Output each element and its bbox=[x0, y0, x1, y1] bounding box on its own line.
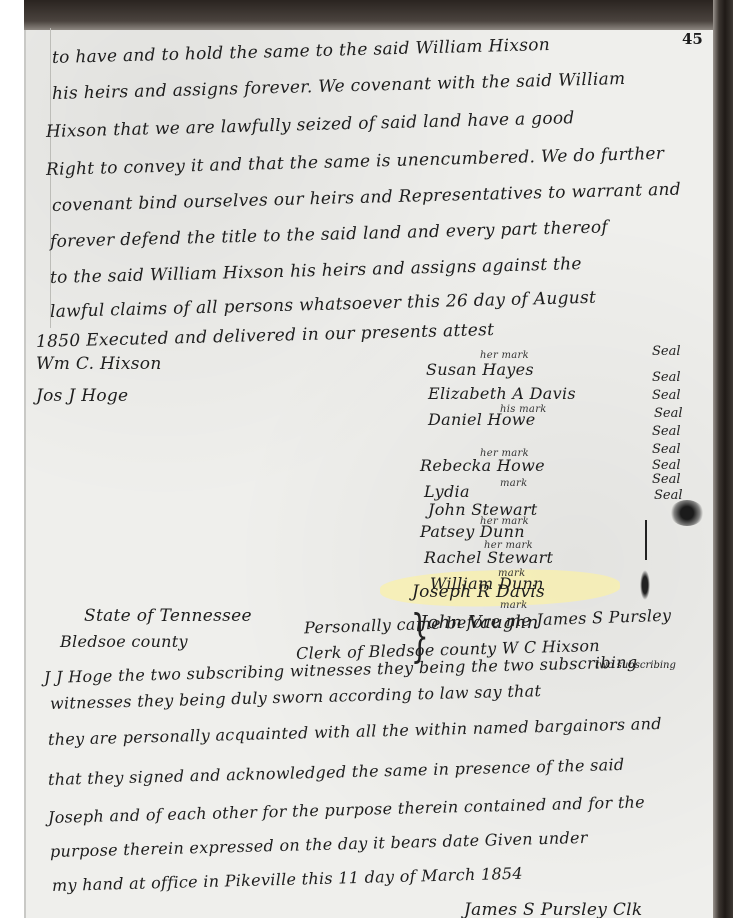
ack-county: Bledsoe county bbox=[60, 632, 188, 651]
grantor-signature: Rachel Stewart bbox=[424, 548, 553, 567]
grantor-signature: Susan Hayes bbox=[426, 360, 534, 379]
seal-label: Seal bbox=[652, 424, 681, 439]
grantor-signature-highlighted: Joseph R Davis bbox=[412, 582, 545, 602]
ack-state: State of Tennessee bbox=[84, 606, 252, 626]
ink-drip bbox=[640, 570, 650, 600]
grantor-signature: Rebecka Howe bbox=[420, 456, 545, 475]
ink-drip bbox=[645, 520, 647, 560]
seal-label: Seal bbox=[652, 370, 681, 385]
seal-label: Seal bbox=[652, 458, 681, 473]
grantor-signature: Elizabeth A Davis bbox=[428, 384, 576, 403]
seal-label: Seal bbox=[652, 344, 681, 359]
seal-label: Seal bbox=[652, 472, 681, 487]
scan-binding-edge bbox=[713, 0, 733, 918]
ink-blot bbox=[670, 500, 704, 526]
witness-signature: Jos J Hoge bbox=[36, 386, 128, 406]
mark-note: mark bbox=[500, 478, 527, 489]
seal-label: Seal bbox=[654, 406, 683, 421]
scanned-page: 45 to have and to hold the same to the s… bbox=[0, 0, 733, 918]
seal-label: Seal bbox=[652, 442, 681, 457]
clerk-signature: James S Pursley Clk bbox=[464, 900, 643, 918]
torn-margin-strip bbox=[0, 0, 26, 918]
grantor-signature: Patsey Dunn bbox=[420, 522, 525, 541]
grantor-signature: Lydia bbox=[424, 482, 470, 501]
witness-signature: Wm C. Hixson bbox=[36, 354, 162, 374]
scan-top-border bbox=[24, 0, 733, 30]
seal-label: Seal bbox=[652, 388, 681, 403]
grantor-signature: Daniel Howe bbox=[428, 410, 536, 429]
page-number: 45 bbox=[682, 30, 703, 48]
